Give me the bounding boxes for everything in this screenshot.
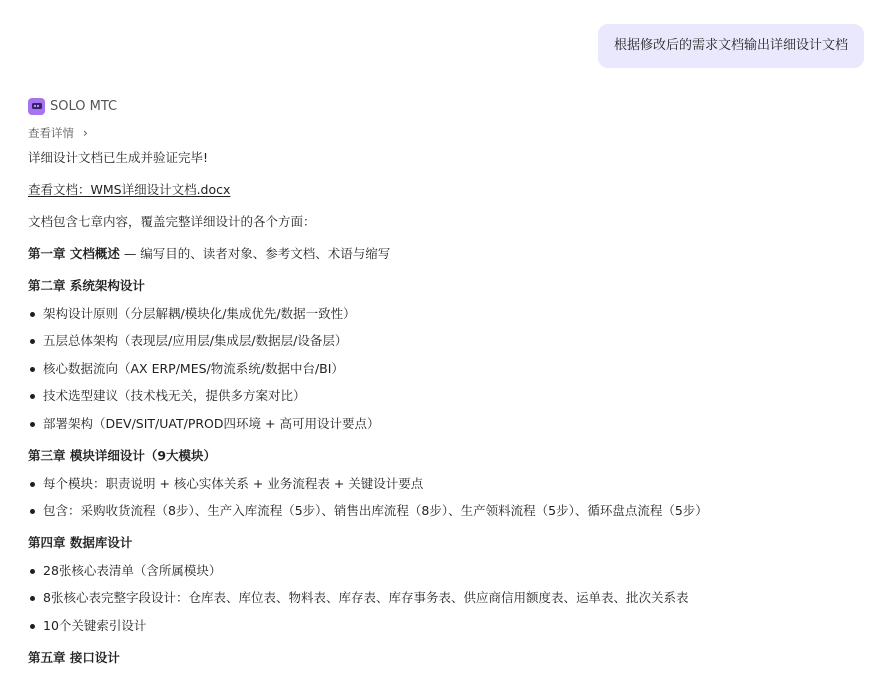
list-item: 每个模块：职责说明 + 核心实体关系 + 业务流程表 + 关键设计要点 (28, 475, 851, 493)
user-message-bubble: 根据修改后的需求文档输出详细设计文档 (598, 24, 864, 68)
chapter4-title: 第四章 数据库设计 (28, 534, 851, 552)
agent-header: SOLO MTC (28, 96, 851, 116)
doc-link-paragraph: 查看文档：WMS详细设计文档.docx (28, 181, 851, 199)
list-item: 五层总体架构（表现层/应用层/集成层/数据层/设备层） (28, 332, 851, 350)
done-message: 详细设计文档已生成并验证完毕! (28, 149, 851, 167)
chapter2-title: 第二章 系统架构设计 (28, 277, 851, 295)
view-details-label: 查看详情 (28, 125, 74, 141)
assistant-message: SOLO MTC 查看详情 › 详细设计文档已生成并验证完毕! 查看文档：WMS… (28, 96, 851, 667)
terminal-screen-icon (28, 98, 45, 115)
list-item: 部署架构（DEV/SIT/UAT/PROD四环境 + 高可用设计要点） (28, 415, 851, 433)
view-details-toggle[interactable]: 查看详情 › (28, 125, 851, 141)
chapter5-title: 第五章 接口设计 (28, 649, 851, 667)
chevron-right-icon: › (83, 126, 88, 140)
chapter3-list: 每个模块：职责说明 + 核心实体关系 + 业务流程表 + 关键设计要点 包含：采… (28, 475, 851, 521)
chapter1-desc: — 编写目的、读者对象、参考文档、术语与缩写 (120, 246, 390, 261)
chapter2-list: 架构设计原则（分层解耦/模块化/集成优先/数据一致性） 五层总体架构（表现层/应… (28, 305, 851, 433)
view-document-link[interactable]: 查看文档：WMS详细设计文档.docx (28, 182, 230, 197)
list-item: 10个关键索引设计 (28, 617, 851, 635)
list-item: 技术选型建议（技术栈无关，提供多方案对比） (28, 387, 851, 405)
agent-name: SOLO MTC (50, 99, 117, 114)
list-item: 28张核心表清单（含所属模块） (28, 562, 851, 580)
chapter3-title: 第三章 模块详细设计（9大模块） (28, 447, 851, 465)
list-item: 架构设计原则（分层解耦/模块化/集成优先/数据一致性） (28, 305, 851, 323)
list-item: 8张核心表完整字段设计：仓库表、库位表、物料表、库存表、库存事务表、供应商信用额… (28, 589, 851, 607)
chapter1-paragraph: 第一章 文档概述 — 编写目的、读者对象、参考文档、术语与缩写 (28, 245, 851, 263)
list-item: 包含：采购收货流程（8步）、生产入库流程（5步）、销售出库流程（8步）、生产领料… (28, 502, 851, 520)
intro-text: 文档包含七章内容，覆盖完整详细设计的各个方面： (28, 213, 851, 231)
list-item: 核心数据流向（AX ERP/MES/物流系统/数据中台/BI） (28, 360, 851, 378)
chapter1-title: 第一章 文档概述 (28, 246, 120, 261)
user-message-row: 根据修改后的需求文档输出详细设计文档 (598, 24, 864, 68)
chapter4-list: 28张核心表清单（含所属模块） 8张核心表完整字段设计：仓库表、库位表、物料表、… (28, 562, 851, 635)
